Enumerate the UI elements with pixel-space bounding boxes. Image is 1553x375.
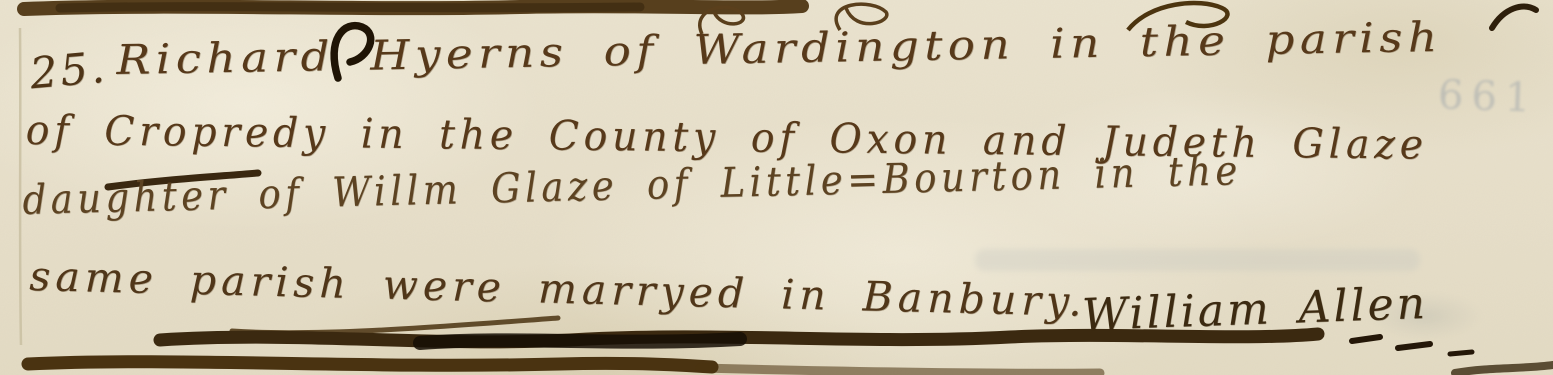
top-rule-bar-dark bbox=[60, 7, 640, 8]
page-crease-line bbox=[20, 28, 21, 345]
bottom-rule-dark-blotch bbox=[420, 339, 740, 343]
bleed-through-smudge-band bbox=[975, 249, 1420, 271]
bottom-rule-lower bbox=[28, 362, 712, 367]
bottom-rule-dash-1 bbox=[1352, 337, 1380, 341]
bottom-rule-lower-tail bbox=[700, 368, 1100, 373]
manuscript-scan: 661 25. Richard Hyerns of Wardington in … bbox=[0, 0, 1553, 375]
bottom-rule-dash-3 bbox=[1450, 352, 1472, 354]
bottom-rule-dash-2 bbox=[1398, 344, 1430, 348]
bleed-through-number: 661 bbox=[1437, 72, 1539, 121]
entry-number: 25. bbox=[28, 43, 109, 100]
